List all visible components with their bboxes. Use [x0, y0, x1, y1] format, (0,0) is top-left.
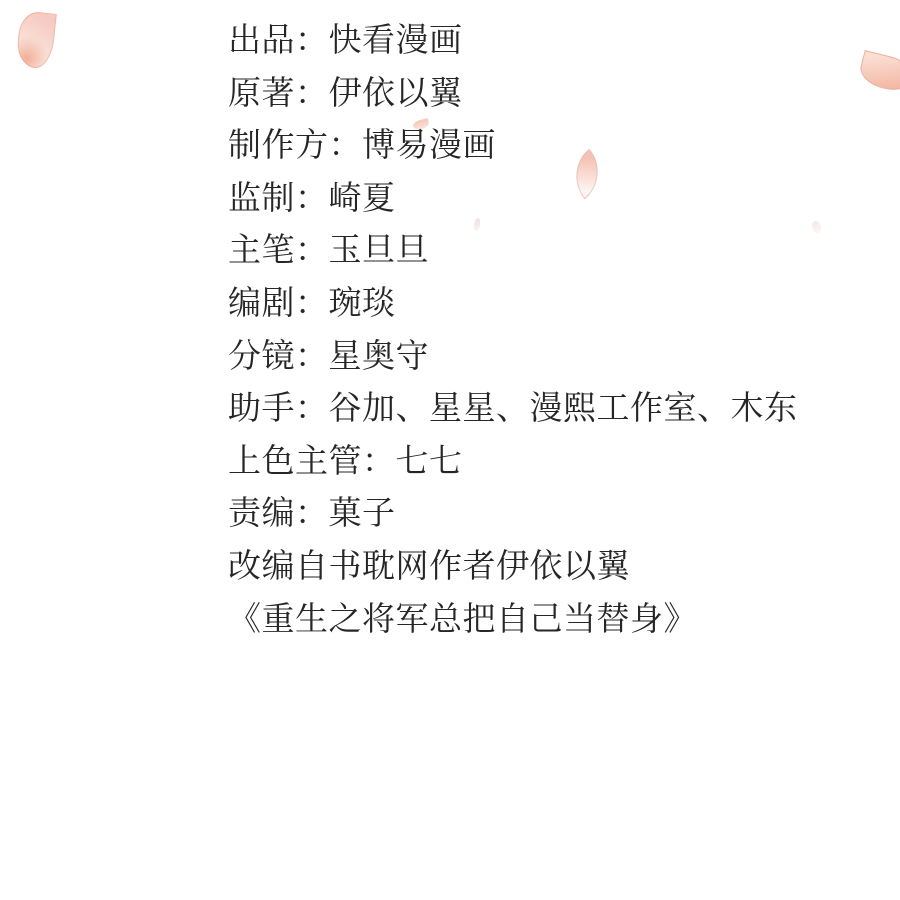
credit-line-lead-artist: 主笔：玉旦旦 [228, 224, 798, 277]
credit-line-original-author: 原著：伊依以翼 [228, 67, 798, 120]
sakura-petal-icon [857, 50, 900, 95]
comic-credits-page: 出品：快看漫画 原著：伊依以翼 制作方：博易漫画 监制：崎夏 主笔：玉旦旦 编剧… [0, 0, 900, 900]
credit-line-publisher: 出品：快看漫画 [228, 14, 798, 67]
credit-line-assistants: 助手：谷加、星星、漫熙工作室、木东 [228, 382, 798, 435]
credit-line-adaptation-note: 改编自书耽网作者伊依以翼 [228, 540, 798, 593]
credit-line-production-studio: 制作方：博易漫画 [228, 119, 798, 172]
credit-line-editor: 责编：菓子 [228, 487, 798, 540]
credits-list: 出品：快看漫画 原著：伊依以翼 制作方：博易漫画 监制：崎夏 主笔：玉旦旦 编剧… [228, 14, 798, 645]
sakura-petal-icon [810, 220, 824, 235]
credit-line-screenwriter: 编剧：琬琰 [228, 277, 798, 330]
credit-line-supervisor: 监制：崎夏 [228, 172, 798, 225]
credit-line-source-title: 《重生之将军总把自己当替身》 [228, 593, 798, 646]
sakura-petal-icon [15, 10, 57, 69]
credit-line-storyboard: 分镜：星奥守 [228, 330, 798, 383]
credit-line-coloring-director: 上色主管：七七 [228, 435, 798, 488]
